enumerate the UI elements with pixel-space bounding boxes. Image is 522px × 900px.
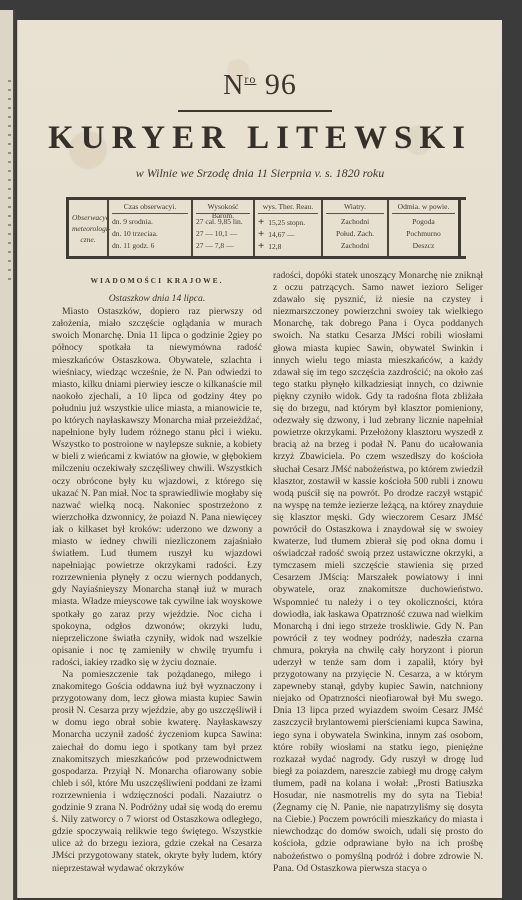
weather-cell: 27 — 10,1 — bbox=[196, 228, 250, 240]
weather-col-thermometer: wys. Ther. Reau. +15,25 stopn. +14,67 — … bbox=[255, 200, 323, 256]
weather-value: 15,25 stopn. bbox=[268, 218, 305, 227]
weather-cell: +14,67 — bbox=[258, 228, 318, 240]
weather-cell: Pogoda bbox=[392, 216, 455, 228]
article-paragraph: Na pomieszczenie tak pożądanego, miłego … bbox=[52, 669, 262, 875]
weather-value: 12,8 bbox=[268, 242, 281, 251]
weather-col-wind: Wiatry. Zachodni Połud. Zach. Zachodni bbox=[323, 200, 389, 256]
weather-header-thermometer: wys. Ther. Reau. bbox=[258, 202, 318, 214]
previous-page-text-fragments bbox=[8, 80, 11, 280]
weather-cell: +15,25 stopn. bbox=[258, 216, 318, 228]
number-sign: N bbox=[223, 70, 244, 101]
issue-number-label: Nro bbox=[223, 70, 256, 101]
weather-col-sky: Odmia. w powie. Pogoda Pochmurno Deszcz bbox=[389, 200, 461, 256]
plus-sign: + bbox=[258, 240, 264, 252]
weather-cell: Zachodni bbox=[326, 216, 384, 228]
plus-sign: + bbox=[258, 228, 264, 240]
newspaper-title: KURYER LITEWSKI bbox=[18, 120, 502, 157]
masthead-divider bbox=[178, 110, 332, 112]
weather-col-time: Czas obserwacyi. dn. 9 srodnia. dn. 10 t… bbox=[109, 200, 193, 256]
issue-dateline: w Wilnie we Srzodę dnia 11 Sierpnia v. s… bbox=[18, 166, 502, 181]
weather-cell: dn. 10 trzeciaa. bbox=[112, 228, 188, 240]
section-heading: WIADOMOŚCI KRAJOWE. bbox=[52, 275, 262, 287]
article-columns: WIADOMOŚCI KRAJOWE. Ostaszkow dnia 14 li… bbox=[40, 270, 495, 830]
weather-cell: dn. 11 godz. 6 bbox=[112, 240, 188, 252]
weather-cell: Połud. Zach. bbox=[326, 228, 384, 240]
number-sign-sup: ro bbox=[244, 72, 256, 86]
article-column-left: WIADOMOŚCI KRAJOWE. Ostaszkow dnia 14 li… bbox=[52, 270, 262, 875]
weather-row-label: Obserwacye meteorologi-czne. bbox=[66, 200, 109, 256]
article-paragraph: radości, dopóki statek unoszący Monarchę… bbox=[273, 270, 483, 875]
weather-cell: +12,8 bbox=[258, 240, 318, 252]
previous-page-edge bbox=[0, 10, 15, 900]
weather-header-sky: Odmia. w powie. bbox=[392, 202, 455, 214]
weather-cell: dn. 9 srodnia. bbox=[112, 216, 188, 228]
weather-cell: Pochmurno bbox=[392, 228, 455, 240]
article-paragraph: Miasto Ostaszków, dopiero raz pierwszy o… bbox=[52, 306, 262, 669]
weather-cell: 27 cal. 9,85 lin. bbox=[196, 216, 250, 228]
weather-value: 14,67 — bbox=[268, 230, 294, 239]
weather-header-barometer: Wysokość Barom. bbox=[196, 202, 250, 214]
article-column-right: radości, dopóki statek unoszący Monarchę… bbox=[273, 270, 483, 875]
article-dateline: Ostaszkow dnia 14 lipca. bbox=[52, 293, 262, 305]
issue-number: Nro 96 bbox=[18, 68, 502, 102]
weather-cell: Deszcz bbox=[392, 240, 455, 252]
weather-header-wind: Wiatry. bbox=[326, 202, 384, 214]
weather-cell: Zachodni bbox=[326, 240, 384, 252]
plus-sign: + bbox=[258, 216, 264, 228]
weather-header-time: Czas obserwacyi. bbox=[112, 202, 188, 214]
issue-number-value: 96 bbox=[265, 68, 297, 101]
weather-cell: 27 — 7,8 — bbox=[196, 240, 250, 252]
weather-observation-table: Obserwacye meteorologi-czne. Czas obserw… bbox=[66, 197, 466, 259]
newspaper-page: Nro 96 KURYER LITEWSKI w Wilnie we Srzod… bbox=[17, 20, 502, 898]
weather-col-barometer: Wysokość Barom. 27 cal. 9,85 lin. 27 — 1… bbox=[193, 200, 255, 256]
